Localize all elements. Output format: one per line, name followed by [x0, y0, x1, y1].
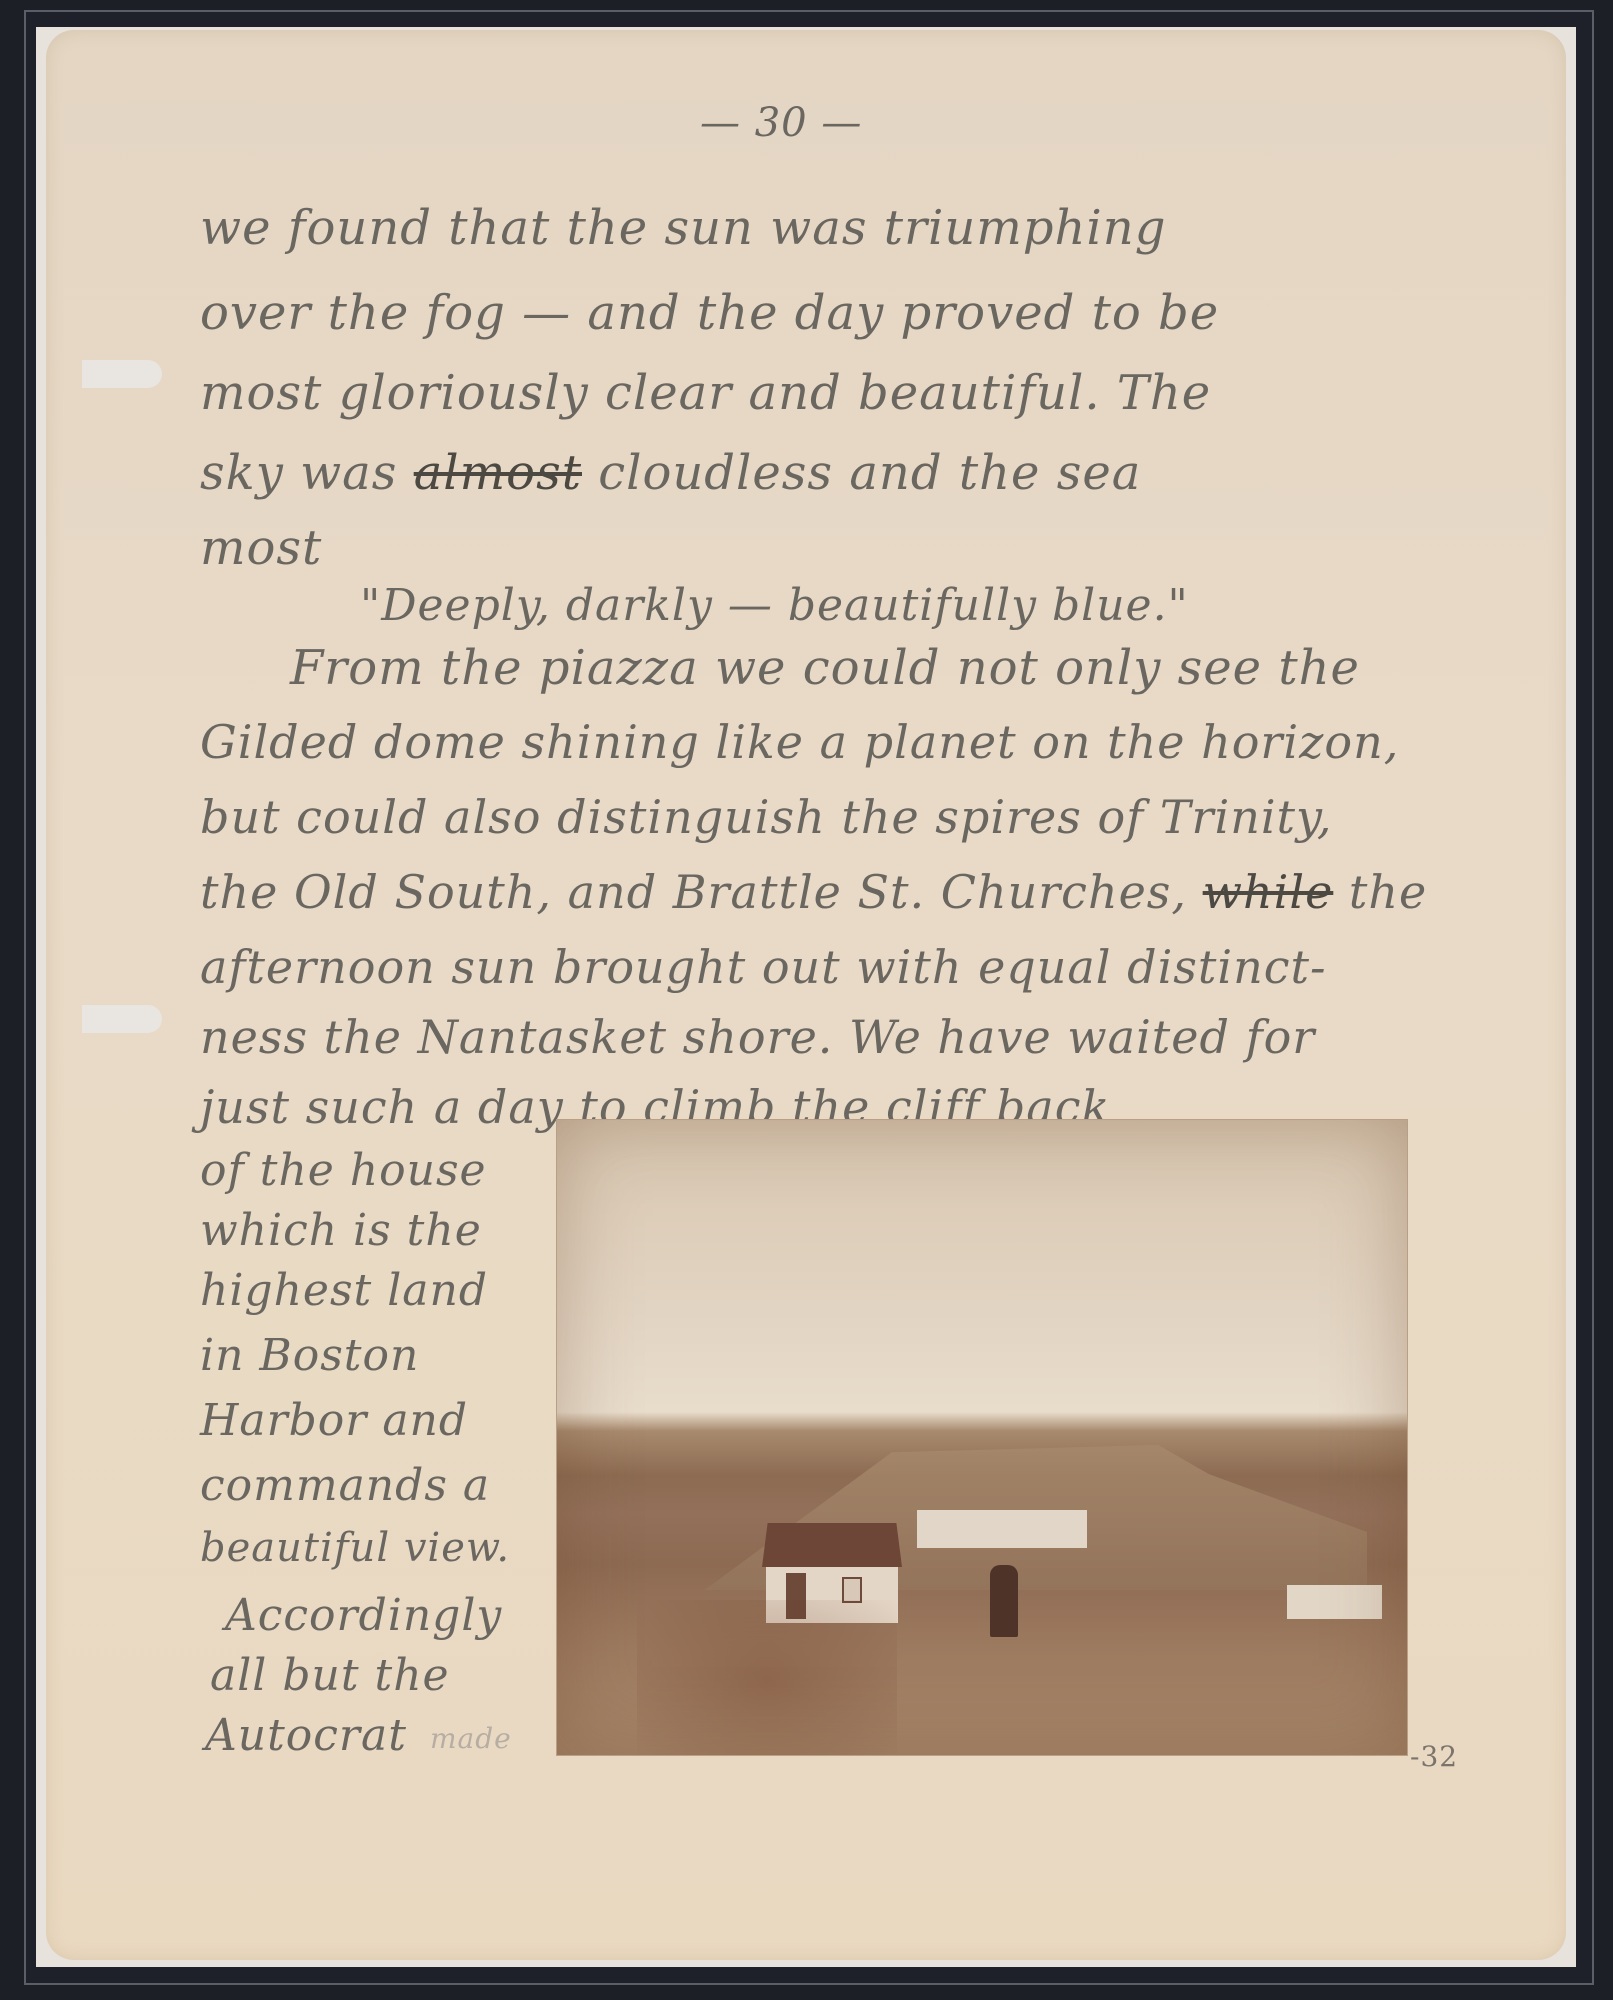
side-text-line: Accordingly — [225, 1590, 502, 1641]
struck-word: almost — [414, 445, 582, 501]
side-text-line: in Boston — [200, 1330, 419, 1381]
text-line: most gloriously clear and beautiful. The — [200, 365, 1211, 421]
side-text-line: which is the — [200, 1205, 482, 1256]
side-text-line: commands a — [200, 1460, 490, 1511]
side-text-line: highest land — [200, 1265, 488, 1316]
text-fragment: the Old South, and Brattle St. Churches, — [200, 865, 1203, 919]
text-line: Gilded dome shining like a planet on the… — [200, 715, 1399, 769]
faint-pencil-note: made — [430, 1722, 512, 1755]
punch-hole — [82, 1005, 162, 1033]
quotation-line: "Deeply, darkly — beautifully blue." — [360, 580, 1189, 631]
text-line: most — [200, 520, 322, 576]
side-text-line: Harbor and — [200, 1395, 468, 1446]
text-line: but could also distinguish the spires of… — [200, 790, 1333, 844]
text-line-with-strikeout: sky was almost cloudless and the sea — [200, 445, 1141, 501]
text-line: we found that the sun was triumphing — [200, 200, 1166, 256]
side-text-line: all but the — [210, 1650, 450, 1701]
text-line: From the piazza we could not only see th… — [290, 640, 1360, 696]
text-line-with-strikeout: the Old South, and Brattle St. Churches,… — [200, 865, 1427, 919]
photo-vignette — [557, 1120, 1407, 1755]
mounted-photograph — [557, 1120, 1407, 1755]
side-text-line: Autocrat — [205, 1710, 407, 1761]
text-fragment: cloudless and the sea — [582, 445, 1141, 501]
text-line: over the fog — and the day proved to be — [200, 285, 1219, 341]
text-fragment: sky was — [200, 445, 414, 501]
page-number: — 30 — — [700, 100, 862, 146]
punch-hole — [82, 360, 162, 388]
text-line: ness the Nantasket shore. We have waited… — [200, 1010, 1315, 1064]
struck-word: while — [1203, 865, 1334, 919]
side-text-line: beautiful view. — [200, 1525, 510, 1571]
text-line: afternoon sun brought out with equal dis… — [200, 940, 1327, 994]
text-fragment: the — [1333, 865, 1427, 919]
side-text-line: of the house — [200, 1145, 487, 1196]
margin-page-reference: -32 — [1410, 1740, 1458, 1773]
